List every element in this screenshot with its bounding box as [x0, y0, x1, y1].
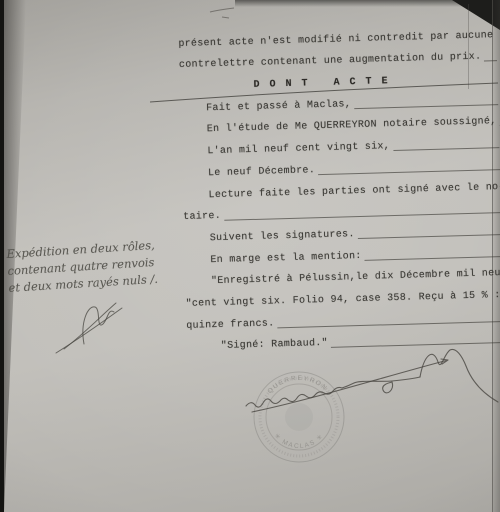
svg-text:QUERREYRON.: QUERREYRON.	[266, 375, 331, 395]
signature	[246, 349, 498, 412]
typed-line-text: quinze francs.	[186, 317, 275, 333]
handwritten-margin-note: Expédition en deux rôles, contenant quat…	[6, 235, 184, 297]
typed-line-text: Le neuf Décembre.	[208, 164, 315, 181]
typed-line-text: taire.	[183, 210, 221, 225]
ruled-filler-line	[484, 60, 497, 61]
seal-arc-bottom-text: ✳ MACLAS ✳	[273, 432, 326, 450]
seal-arc-top-text: QUERREYRON.	[266, 375, 331, 395]
svg-text:✳ MACLAS ✳: ✳ MACLAS ✳	[273, 432, 326, 450]
photo-left-border	[0, 0, 4, 512]
ruled-filler-line	[393, 147, 499, 151]
typed-line-text: "Signé: Rambaud."	[221, 337, 328, 354]
paraph-flourish	[56, 303, 122, 353]
notary-seal: QUERREYRON. ✳ MACLAS ✳	[254, 372, 344, 462]
ruled-filler-line	[331, 342, 500, 348]
typed-text-block: présent acte n'est modifié ni contredit …	[178, 21, 500, 355]
pencil-mark	[210, 8, 234, 18]
document-photo: présent acte n'est modifié ni contredit …	[0, 0, 500, 512]
